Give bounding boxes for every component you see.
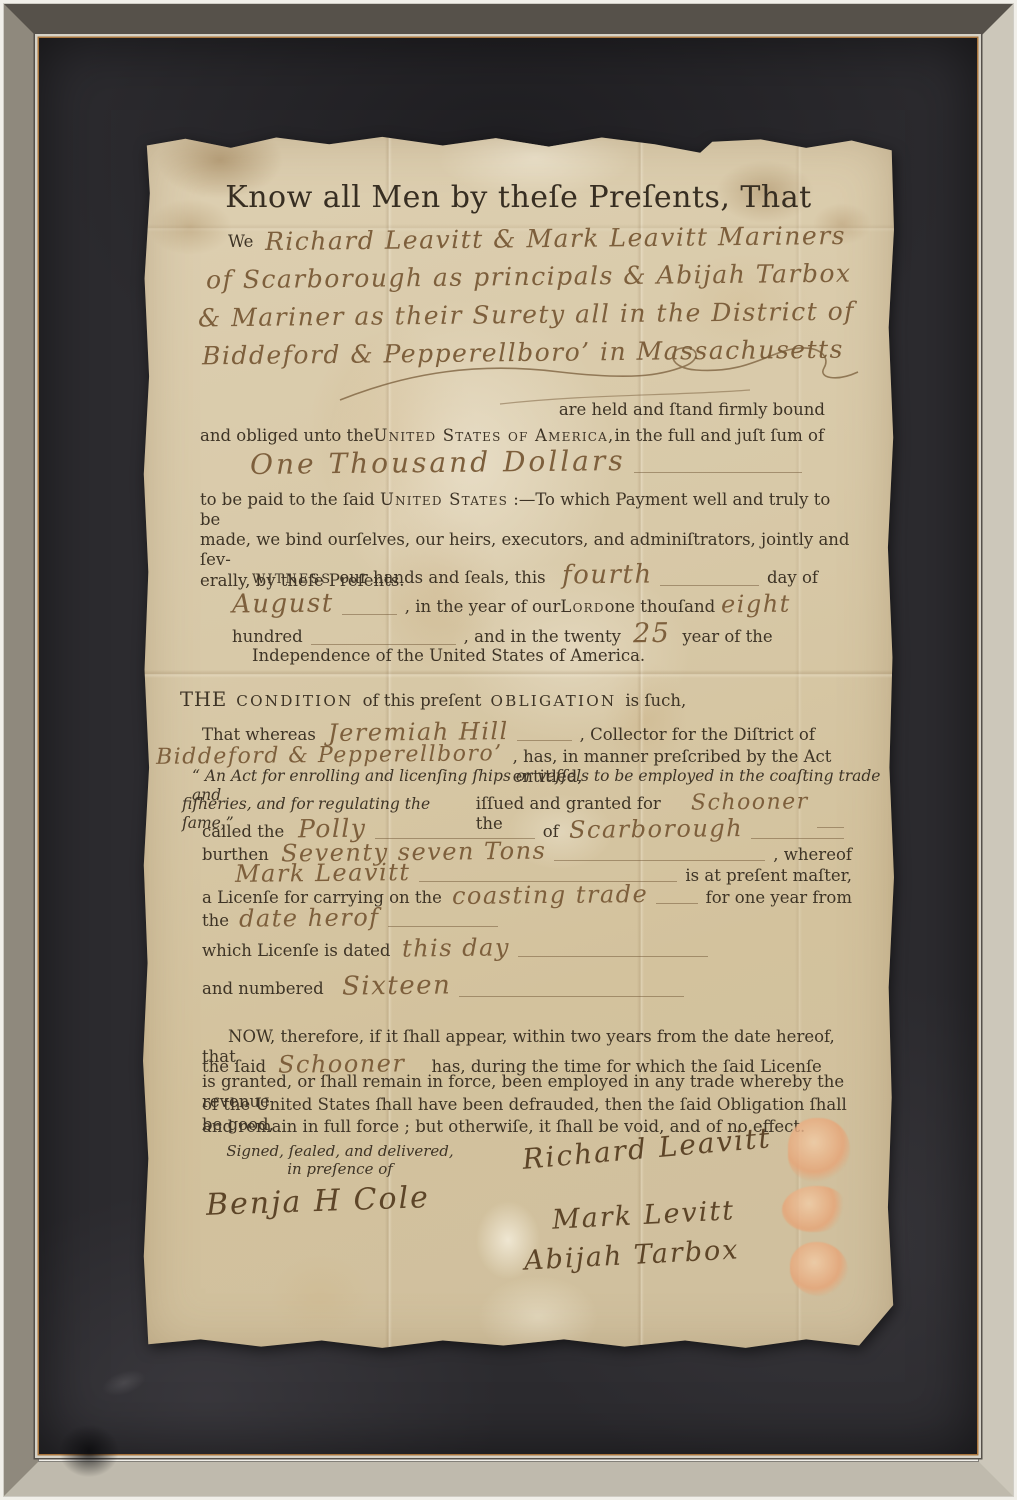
witness-line-1: Witness our hands and ſeals, this fourth… <box>252 560 818 592</box>
witness-signature: Benja H Cole <box>205 1180 430 1223</box>
wax-seal-mark <box>790 1242 848 1296</box>
handwritten-date-hereof: date herof <box>239 903 380 934</box>
lord-smallcaps: Lord <box>560 597 604 617</box>
handwritten-vessel-type-2: Schooner <box>278 1049 406 1080</box>
blank-rule <box>656 900 697 904</box>
witness-text-h: year of the <box>682 627 772 647</box>
witness-word: Witness <box>252 572 332 588</box>
obliged-line: and obliged unto the United States of Am… <box>200 426 824 446</box>
handwritten-eight: eight <box>721 590 791 620</box>
paper-sheet: Know all Men by theſe Preſents, That We … <box>140 132 897 1354</box>
condition-heading: The Condition of this preſent Obligation… <box>180 688 686 712</box>
date-text-a: the <box>202 911 229 931</box>
signature-abijah-tarbox: Abijah Tarbox <box>523 1234 740 1276</box>
blank-rule <box>342 611 397 615</box>
dated-text-a: which Licenſe is dated <box>202 941 390 961</box>
handwritten-day: fourth <box>561 560 652 593</box>
witness-text-e: one thouſand <box>605 597 716 617</box>
printed-we: We <box>228 232 253 252</box>
numbered-text-a: and numbered <box>202 979 324 999</box>
handwritten-sum: One Thousand Dollars <box>250 444 626 481</box>
obliged-text-a: and obliged unto the <box>200 426 374 446</box>
witness-text-f: hundred <box>232 627 303 647</box>
united-states-smallcaps: United States <box>380 490 508 509</box>
united-states-smallcaps: United States of America, <box>374 426 615 446</box>
license-number-line: and numbered Sixteen <box>202 971 692 1003</box>
framed-document-photo: Know all Men by theſe Preſents, That We … <box>0 0 1017 1500</box>
license-dated-line: which Licenſe is dated this day <box>202 934 716 963</box>
wax-seal-mark <box>782 1186 846 1232</box>
handwritten-license-number: Sixteen <box>342 970 452 1003</box>
witness-line-4: Independence of the United States of Ame… <box>252 646 645 666</box>
sum-line: One Thousand Dollars <box>250 446 810 479</box>
opening-line-3: & Mariner as their Surety all in the Dis… <box>198 297 855 333</box>
witness-text-g: , and in the twenty <box>464 627 621 647</box>
heading-text-e: is ſuch, <box>625 691 686 711</box>
blank-rule <box>660 582 759 586</box>
now-line-2: the ſaid Schooner has, during the time f… <box>202 1050 854 1073</box>
signature-mark-levitt: Mark Levitt <box>551 1195 735 1236</box>
blank-rule <box>634 469 802 473</box>
opening-line-1: We Richard Leavitt & Mark Leavitt Marine… <box>228 224 846 253</box>
blank-rule <box>388 923 498 927</box>
now-line-1: NOW, therefore, if it ſhall appear, with… <box>202 1027 854 1050</box>
witness-text-b: our hands and ſeals, this <box>339 568 545 588</box>
the-word: The <box>180 688 227 712</box>
held-bound-line: are held and ſtand firmly bound <box>559 400 825 420</box>
now-line-4: of the United States ſhall have been def… <box>202 1095 854 1118</box>
wax-seal-mark <box>788 1118 850 1182</box>
attestation-line-1: Signed, ſealed, and delivered, <box>225 1142 455 1160</box>
date-hereof-line: the date herof <box>202 904 506 933</box>
attestation-line-2: in preſence of <box>225 1160 455 1178</box>
condition-word: Condition <box>236 692 353 711</box>
paid-text-a: to be paid to the ſaid <box>200 490 380 509</box>
fold-crease-horizontal <box>140 670 897 678</box>
witness-text-c: day of <box>767 568 818 588</box>
heading-text-c: of this preſent <box>363 691 482 711</box>
document-paper: Know all Men by theſe Preſents, That We … <box>140 132 897 1354</box>
handwritten-principals: Richard Leavitt & Mark Leavitt Mariners <box>265 221 846 256</box>
witness-text-d: , in the year of our <box>405 597 561 617</box>
obliged-text-c: in the full and juſt ſum of <box>614 426 824 446</box>
witness-line-2: August , in the year of our Lord one tho… <box>232 589 791 621</box>
license-text-b: for one year from <box>706 888 852 908</box>
opening-line-2: of Scarborough as principals & Abijah Ta… <box>206 259 852 295</box>
obligation-word: Obligation <box>490 692 616 711</box>
blank-rule <box>459 993 684 997</box>
handwritten-this-day: this day <box>402 933 510 963</box>
document-title: Know all Men by theſe Preſents, That <box>140 180 897 215</box>
handwritten-month: August <box>232 588 334 621</box>
attestation-block: Signed, ſealed, and delivered, in preſen… <box>225 1142 455 1179</box>
blank-rule <box>518 953 708 957</box>
mat-scratch <box>91 1359 157 1406</box>
blank-rule <box>311 641 456 645</box>
blank-rule <box>517 737 572 741</box>
